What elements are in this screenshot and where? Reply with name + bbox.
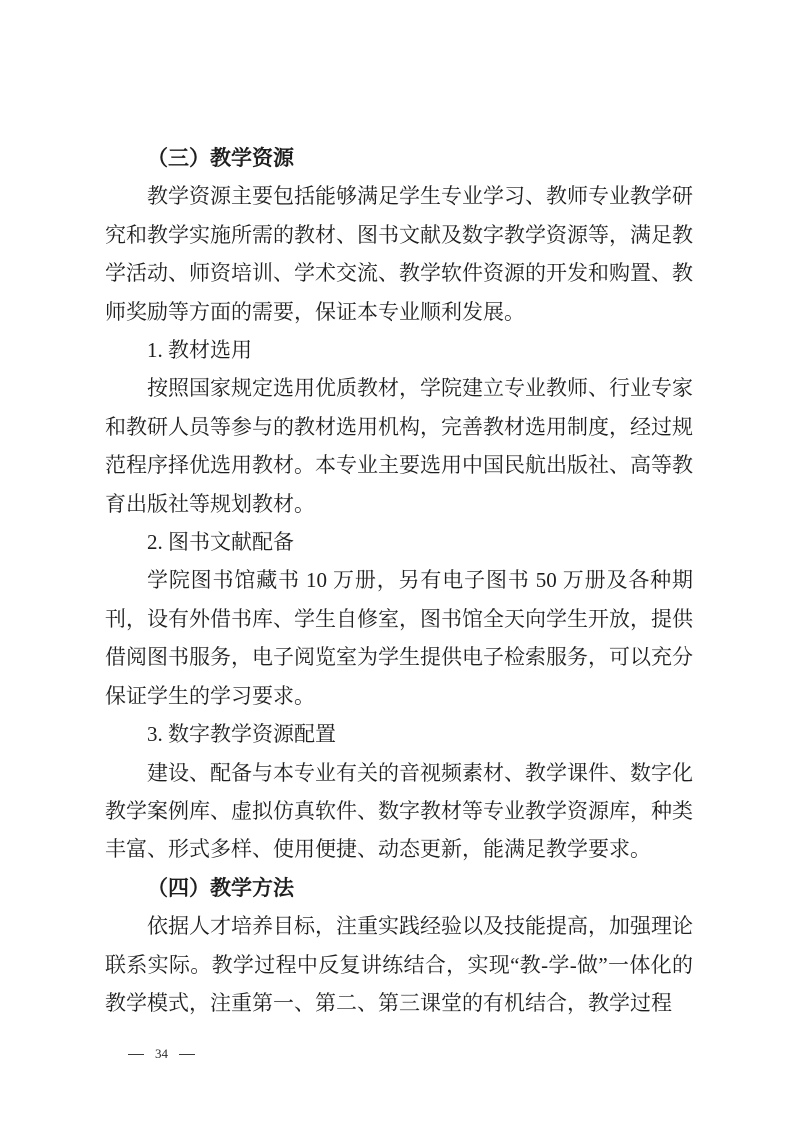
- footer-dash-right: [179, 1054, 195, 1055]
- document-page: （三）教学资源 教学资源主要包括能够满足学生专业学习、教师专业教学研究和教学实施…: [0, 0, 793, 1122]
- paragraph-teaching-methods: 依据人才培养目标，注重实践经验以及技能提高，加强理论联系实际。教学过程中反复讲练…: [105, 907, 693, 1022]
- paragraph-digital-resources: 建设、配备与本专业有关的音视频素材、教学课件、数字化教学案例库、虚拟仿真软件、数…: [105, 754, 693, 869]
- subheading-textbook-selection: 1. 教材选用: [105, 331, 693, 369]
- paragraph-library-literature: 学院图书馆藏书 10 万册，另有电子图书 50 万册及各种期刊，设有外借书库、学…: [105, 561, 693, 715]
- section-heading-teaching-methods: （四）教学方法: [105, 869, 693, 907]
- subheading-digital-resources: 3. 数字教学资源配置: [105, 715, 693, 753]
- paragraph-teaching-resources-intro: 教学资源主要包括能够满足学生专业学习、教师专业教学研究和教学实施所需的教材、图书…: [105, 177, 693, 331]
- subheading-library-literature: 2. 图书文献配备: [105, 523, 693, 561]
- footer-dash-left: [128, 1054, 144, 1055]
- section-heading-teaching-resources: （三）教学资源: [105, 139, 693, 177]
- document-content: （三）教学资源 教学资源主要包括能够满足学生专业学习、教师专业教学研究和教学实施…: [105, 139, 693, 1022]
- paragraph-textbook-selection: 按照国家规定选用优质教材，学院建立专业教师、行业专家和教研人员等参与的教材选用机…: [105, 369, 693, 523]
- page-footer: 34: [128, 1044, 195, 1064]
- page-number: 34: [155, 1044, 168, 1064]
